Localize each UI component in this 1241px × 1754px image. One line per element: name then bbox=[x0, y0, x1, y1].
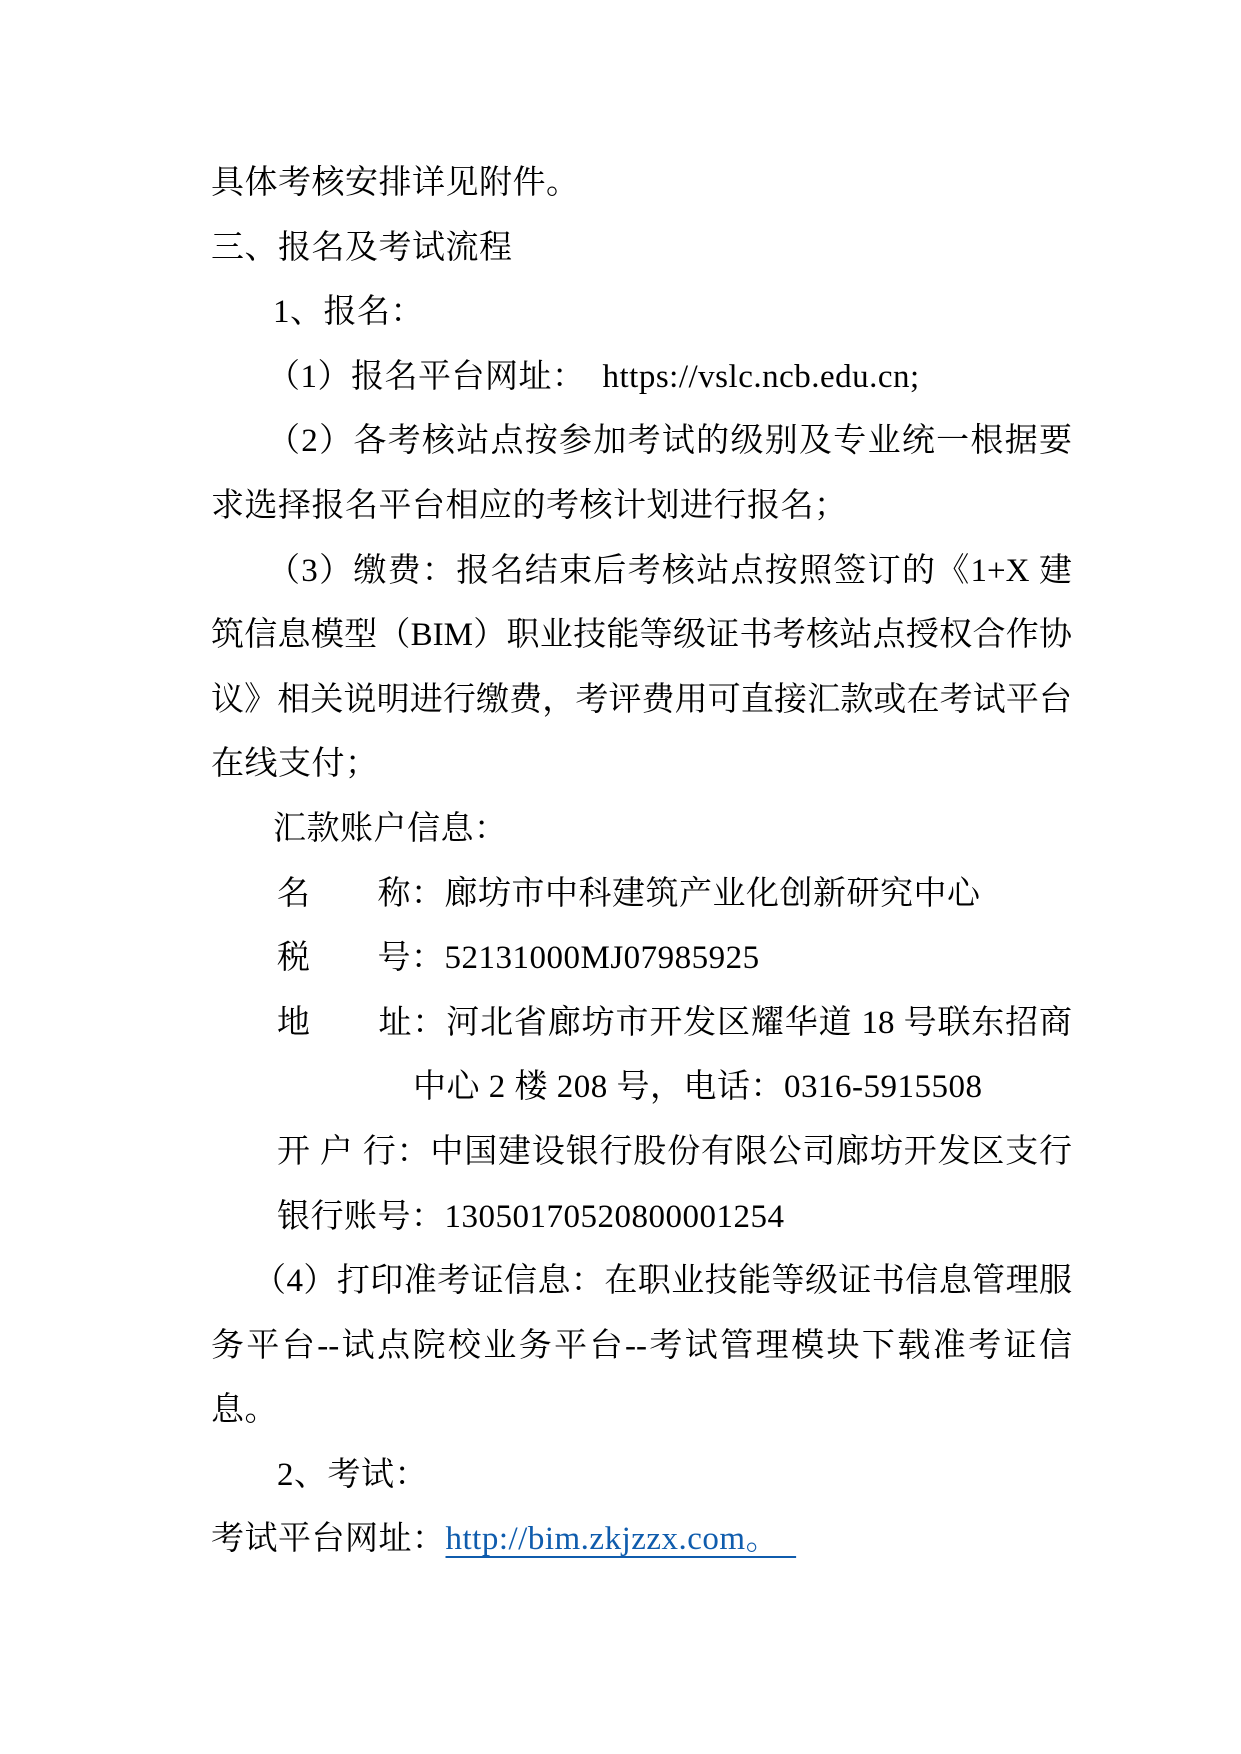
document-line: 筑信息模型（BIM）职业技能等级证书考核站点授权合作协 bbox=[211, 603, 1072, 668]
exam-platform-link[interactable]: http://bim.zkjzzx.com。 bbox=[446, 1521, 797, 1557]
document-line: 银行账号：13050170520800001254 bbox=[211, 1185, 1072, 1250]
document-line: 在线支付； bbox=[211, 732, 1072, 797]
document-line: （3）缴费：报名结束后考核站点按照签订的《1+X 建 bbox=[211, 539, 1072, 604]
document-line: （2）各考核站点按参加考试的级别及专业统一根据要 bbox=[211, 409, 1072, 474]
document-page: 具体考核安排详见附件。三、报名及考试流程1、报名：（1）报名平台网址： http… bbox=[0, 0, 1241, 1754]
document-line: 开 户 行：中国建设银行股份有限公司廊坊开发区支行 bbox=[211, 1120, 1072, 1185]
document-line: 求选择报名平台相应的考核计划进行报名； bbox=[211, 474, 1072, 539]
document-line: 务平台--试点院校业务平台--考试管理模块下载准考证信 bbox=[211, 1314, 1072, 1379]
document-line: 地 址：河北省廊坊市开发区耀华道 18 号联东招商 bbox=[211, 991, 1072, 1056]
document-line: 1、报名： bbox=[211, 280, 1072, 345]
document-line: 具体考核安排详见附件。 bbox=[211, 151, 1072, 216]
document-line: 议》相关说明进行缴费，考评费用可直接汇款或在考试平台 bbox=[211, 668, 1072, 733]
document-line: 考试平台网址：http://bim.zkjzzx.com。 bbox=[211, 1507, 1072, 1572]
document-body: 具体考核安排详见附件。三、报名及考试流程1、报名：（1）报名平台网址： http… bbox=[211, 151, 1072, 1572]
document-line: 中心 2 楼 208 号，电话：0316-5915508 bbox=[211, 1055, 1072, 1120]
document-line: 三、报名及考试流程 bbox=[211, 216, 1072, 281]
document-line: （4）打印准考证信息：在职业技能等级证书信息管理服 bbox=[211, 1249, 1072, 1314]
document-line: 名 称：廊坊市中科建筑产业化创新研究中心 bbox=[211, 862, 1072, 927]
document-line: 汇款账户信息： bbox=[211, 797, 1072, 862]
exam-platform-label: 考试平台网址： bbox=[211, 1521, 446, 1557]
document-line: 税 号：52131000MJ07985925 bbox=[211, 926, 1072, 991]
document-line: 2、考试： bbox=[211, 1443, 1072, 1508]
document-line: （1）报名平台网址： https://vslc.ncb.edu.cn; bbox=[211, 345, 1072, 410]
document-line: 息。 bbox=[211, 1378, 1072, 1443]
